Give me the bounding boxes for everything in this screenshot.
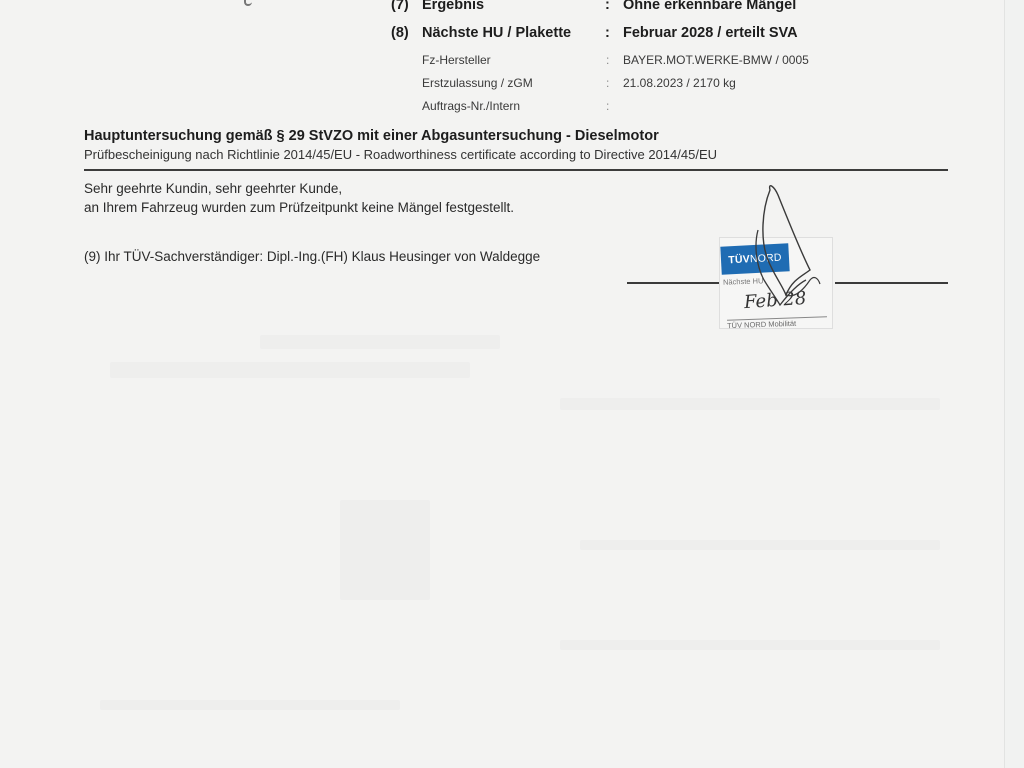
colon: : — [606, 53, 609, 67]
stamp-handwritten-date: Feb 28 — [743, 288, 807, 313]
colon: : — [606, 76, 609, 90]
scanned-document-page: (7) Ergebnis : Ohne erkennbare Mängel (8… — [0, 0, 1005, 768]
bleed-through — [560, 640, 940, 650]
detail-label: Erstzulassung / zGM — [422, 76, 533, 90]
inspector-name: (9) Ihr TÜV-Sachverständiger: Dipl.-Ing.… — [84, 247, 584, 266]
detail-label: Fz-Hersteller — [422, 53, 491, 67]
result-label: Ergebnis — [422, 0, 484, 13]
inspection-subtitle: Prüfbescheinigung nach Richtlinie 2014/4… — [84, 147, 717, 162]
greeting-line-2: an Ihrem Fahrzeug wurden zum Prüfzeitpun… — [84, 198, 514, 217]
logo-tuv: TÜV — [728, 253, 750, 266]
detail-label: Auftrags-Nr./Intern — [422, 99, 520, 113]
result-number: (8) — [391, 25, 409, 41]
section-divider — [84, 169, 948, 171]
tuv-nord-logo: TÜVNORD — [720, 243, 789, 275]
cut-off-text-fragment — [244, 0, 252, 6]
result-value: Februar 2028 / erteilt SVA — [623, 25, 798, 41]
detail-value: BAYER.MOT.WERKE-BMW / 0005 — [623, 53, 809, 67]
inspection-title: Hauptuntersuchung gemäß § 29 StVZO mit e… — [84, 128, 659, 144]
bleed-through — [560, 398, 940, 410]
detail-value: 21.08.2023 / 2170 kg — [623, 76, 736, 90]
colon: : — [606, 99, 609, 113]
colon: : — [605, 25, 610, 41]
result-value: Ohne erkennbare Mängel — [623, 0, 796, 13]
stamp-next-label: Nächste HU — [723, 276, 764, 286]
greeting-line-1: Sehr geehrte Kundin, sehr geehrter Kunde… — [84, 179, 514, 198]
signature-line-left — [627, 282, 720, 284]
colon: : — [605, 0, 610, 13]
logo-nord: NORD — [750, 252, 782, 266]
bleed-through — [340, 500, 430, 600]
signature-line-right — [835, 282, 948, 284]
result-label: Nächste HU / Plakette — [422, 25, 571, 41]
bleed-through — [100, 700, 400, 710]
bleed-through — [110, 362, 470, 378]
bleed-through — [580, 540, 940, 550]
bleed-through — [260, 335, 500, 349]
result-number: (7) — [391, 0, 409, 13]
greeting: Sehr geehrte Kundin, sehr geehrter Kunde… — [84, 179, 514, 217]
